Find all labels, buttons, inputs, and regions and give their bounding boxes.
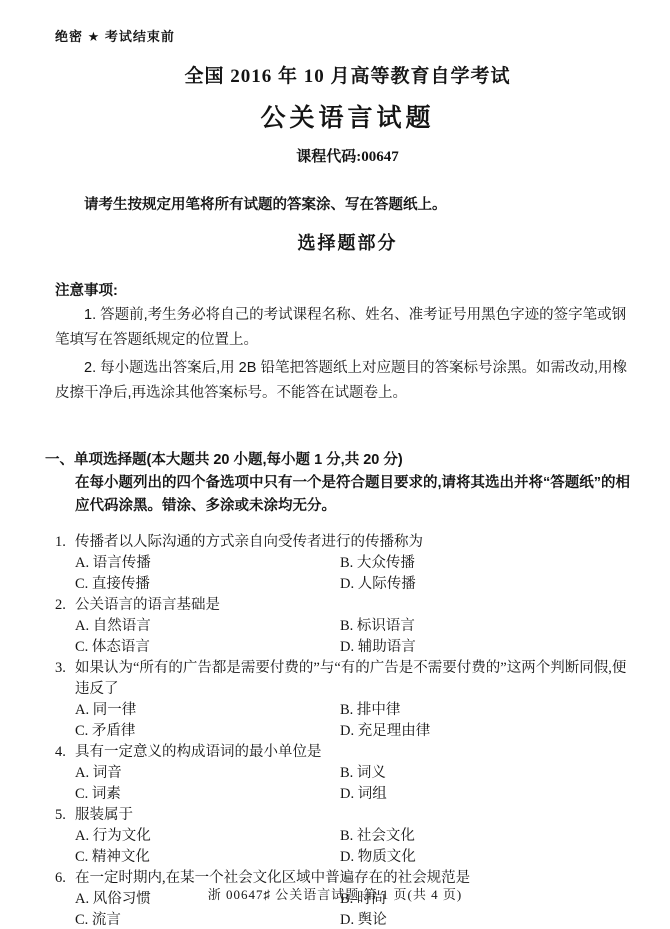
question-stem: 2. 公关语言的语言基础是	[55, 595, 640, 616]
option-c: C. 直接传播	[75, 574, 340, 595]
option-d: D. 辅助语言	[340, 637, 640, 658]
option-a: A. 词音	[75, 763, 340, 784]
question-text: 服装属于	[75, 805, 640, 826]
option-a: A. 语言传播	[75, 553, 340, 574]
question-number: 3.	[55, 658, 75, 700]
question-3: 3. 如果认为“所有的广告都是需要付费的”与“有的广告是不需要付费的”这两个判断…	[55, 658, 640, 742]
notice-title: 注意事项:	[55, 279, 640, 300]
option-d: D. 物质文化	[340, 847, 640, 868]
question-2: 2. 公关语言的语言基础是 A. 自然语言 B. 标识语言 C. 体态语言 D.…	[55, 595, 640, 658]
question-number: 5.	[55, 805, 75, 826]
part-one-heading: 一、单项选择题(本大题共 20 小题,每小题 1 分,共 20 分)	[45, 448, 640, 469]
question-text: 传播者以人际沟通的方式亲自向受传者进行的传播称为	[75, 532, 640, 553]
option-b: B. 词义	[340, 763, 640, 784]
option-c: C. 体态语言	[75, 637, 340, 658]
question-number: 1.	[55, 532, 75, 553]
part-one-subheading: 在每小题列出的四个备选项中只有一个是符合题目要求的,请将其选出并将“答题纸”的相…	[55, 472, 640, 518]
option-a: A. 自然语言	[75, 616, 340, 637]
security-classification: 绝密 ★ 考试结束前	[55, 26, 640, 45]
question-stem: 4. 具有一定意义的构成语词的最小单位是	[55, 742, 640, 763]
option-d: D. 充足理由律	[340, 721, 640, 742]
option-b: B. 大众传播	[340, 553, 640, 574]
option-d: D. 人际传播	[340, 574, 640, 595]
option-b: B. 社会文化	[340, 826, 640, 847]
option-group: A. 自然语言 B. 标识语言 C. 体态语言 D. 辅助语言	[55, 616, 640, 658]
course-code: 课程代码:00647	[55, 145, 640, 166]
question-stem: 3. 如果认为“所有的广告都是需要付费的”与“有的广告是不需要付费的”这两个判断…	[55, 658, 640, 700]
paper-title: 公关语言试题	[55, 98, 640, 134]
question-text: 公关语言的语言基础是	[75, 595, 640, 616]
question-text: 具有一定意义的构成语词的最小单位是	[75, 742, 640, 763]
option-d: D. 词组	[340, 784, 640, 805]
option-c: C. 词素	[75, 784, 340, 805]
option-group: A. 词音 B. 词义 C. 词素 D. 词组	[55, 763, 640, 805]
question-number: 2.	[55, 595, 75, 616]
option-a: A. 同一律	[75, 700, 340, 721]
question-list: 1. 传播者以人际沟通的方式亲自向受传者进行的传播称为 A. 语言传播 B. 大…	[55, 532, 640, 929]
option-group: A. 行为文化 B. 社会文化 C. 精神文化 D. 物质文化	[55, 826, 640, 868]
question-1: 1. 传播者以人际沟通的方式亲自向受传者进行的传播称为 A. 语言传播 B. 大…	[55, 532, 640, 595]
notice-item: 2. 每小题选出答案后,用 2B 铅笔把答题纸上对应题目的答案标号涂黑。如需改动…	[55, 356, 640, 406]
option-a: A. 行为文化	[75, 826, 340, 847]
section-heading: 选择题部分	[55, 229, 640, 255]
exam-paper-page: 绝密 ★ 考试结束前 全国 2016 年 10 月高等教育自学考试 公关语言试题…	[0, 0, 670, 929]
option-c: C. 矛盾律	[75, 721, 340, 742]
question-4: 4. 具有一定意义的构成语词的最小单位是 A. 词音 B. 词义 C. 词素 D…	[55, 742, 640, 805]
option-b: B. 标识语言	[340, 616, 640, 637]
option-c: C. 流言	[75, 910, 340, 929]
option-b: B. 排中律	[340, 700, 640, 721]
option-group: A. 同一律 B. 排中律 C. 矛盾律 D. 充足理由律	[55, 700, 640, 742]
option-d: D. 舆论	[340, 910, 640, 929]
exam-title: 全国 2016 年 10 月高等教育自学考试	[55, 61, 640, 88]
question-5: 5. 服装属于 A. 行为文化 B. 社会文化 C. 精神文化 D. 物质文化	[55, 805, 640, 868]
question-stem: 1. 传播者以人际沟通的方式亲自向受传者进行的传播称为	[55, 532, 640, 553]
option-group: A. 语言传播 B. 大众传播 C. 直接传播 D. 人际传播	[55, 553, 640, 595]
question-number: 4.	[55, 742, 75, 763]
option-c: C. 精神文化	[75, 847, 340, 868]
page-footer: 浙 00647♯ 公关语言试题 第 1 页(共 4 页)	[0, 884, 670, 903]
notice-item: 1. 答题前,考生务必将自己的考试课程名称、姓名、准考证号用黑色字迹的签字笔或钢…	[55, 303, 640, 353]
question-text: 如果认为“所有的广告都是需要付费的”与“有的广告是不需要付费的”这两个判断同假,…	[75, 658, 640, 700]
answer-sheet-instruction: 请考生按规定用笔将所有试题的答案涂、写在答题纸上。	[55, 193, 640, 214]
question-stem: 5. 服装属于	[55, 805, 640, 826]
